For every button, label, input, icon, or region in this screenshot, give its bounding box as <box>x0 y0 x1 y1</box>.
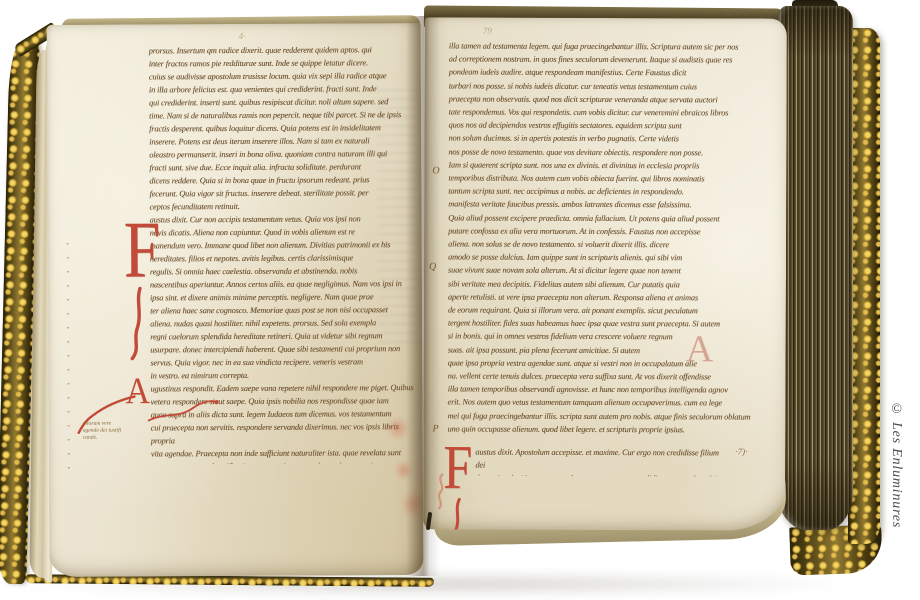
prick-marks <box>67 243 70 479</box>
initial-f-right-tail-flourish <box>447 497 467 530</box>
right-page: 79 illa tamen ad testamenta legem. qui f… <box>423 17 787 530</box>
right-page-initial-paragraph: austus dixit. Apostolum accepisse. et ma… <box>475 446 727 477</box>
margin-note: aliorum vere agende dei iustifi cande. <box>83 420 151 441</box>
gutter-shadow <box>406 16 440 576</box>
right-page-text: illa tamen ad testamenta legem. qui fuga… <box>447 39 752 440</box>
left-header-mark: 4· <box>239 31 246 41</box>
initial-f-tail-flourish <box>128 286 150 360</box>
rubricated-initial-f: F <box>124 210 161 291</box>
manuscript-photo: 4· prorsus. Insertum qm radice dixerit. … <box>0 0 920 600</box>
copyright-credit: © Les Enluminures <box>888 402 904 577</box>
left-page: 4· prorsus. Insertum qm radice dixerit. … <box>47 23 424 577</box>
faint-rubricated-initial-a: A <box>686 330 714 368</box>
margin-mark: ·7)· <box>735 446 747 456</box>
fore-edge-page-stack <box>777 6 853 530</box>
margin-note-pointer-flourish <box>147 396 219 422</box>
folio-number: 79 <box>483 26 492 36</box>
